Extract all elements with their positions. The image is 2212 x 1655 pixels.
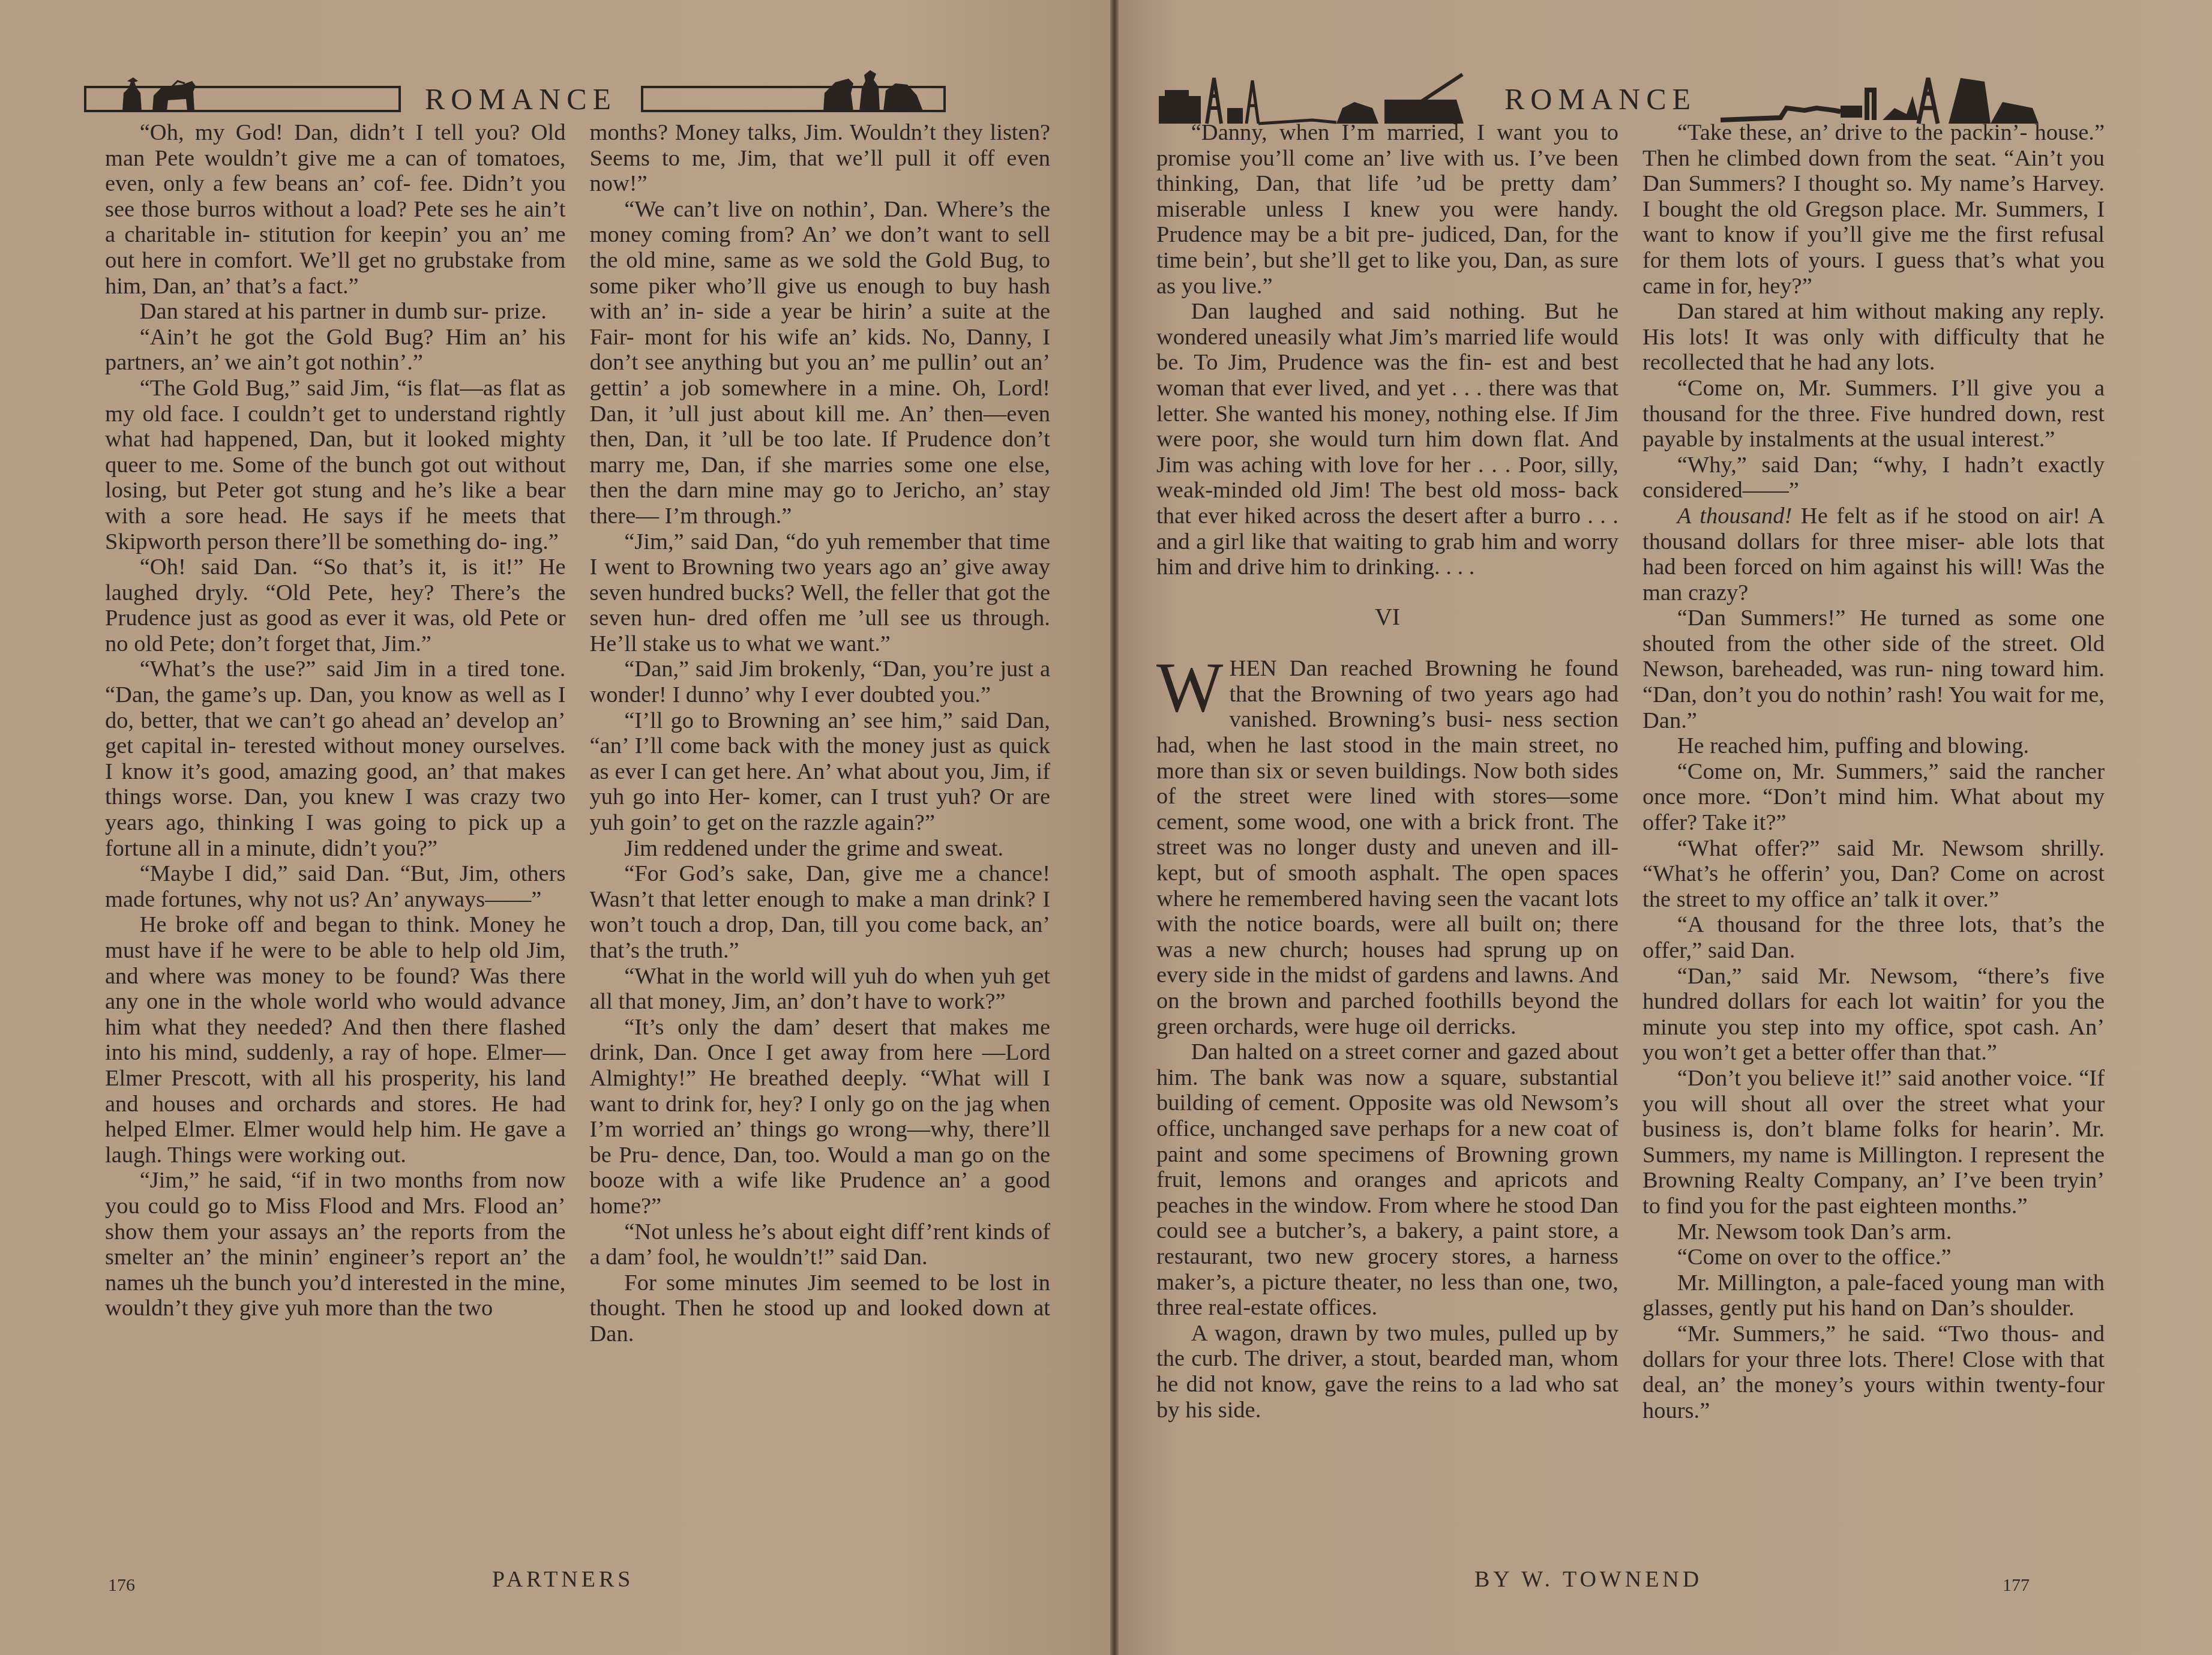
right-page-header: ROMANCE	[1156, 72, 2093, 126]
left-page-header: ROMANCE	[84, 72, 1044, 126]
paragraph-continuation: months? Money talks, Jim. Wouldn’t they …	[590, 120, 1051, 197]
paragraph: “Dan Summers!” He turned as some one sho…	[1642, 605, 2105, 733]
left-column-2: months? Money talks, Jim. Wouldn’t they …	[590, 120, 1051, 1347]
paragraph: “Don’t you believe it!” said another voi…	[1642, 1066, 2105, 1219]
right-column-2: “Take these, an’ drive to the packin’- h…	[1642, 120, 2105, 1423]
left-page: ROMANCE “Oh, my God! Dan, didn’t I tell …	[0, 0, 1114, 1655]
paragraph: “We can’t live on nothin’, Dan. Where’s …	[590, 197, 1051, 529]
paragraph: “It’s only the dam’ desert that makes me…	[590, 1015, 1051, 1219]
paragraph: “Jim,” said Dan, “do yuh remember that t…	[590, 529, 1051, 657]
dropcap-paragraph-text: HEN Dan reached Browning he found that t…	[1156, 656, 1618, 1039]
paragraph: A wagon, drawn by two mules, pulled up b…	[1156, 1321, 1618, 1423]
paragraph: “For God’s sake, Dan, give me a chance! …	[590, 861, 1051, 963]
right-page-columns: “Danny, when I’m married, I want you to …	[1156, 120, 2105, 1423]
section-number: VI	[1156, 604, 1618, 630]
paragraph: For some minutes Jim seemed to be lost i…	[590, 1270, 1051, 1347]
paragraph: He broke off and began to think. Money h…	[105, 912, 566, 1168]
paragraph: “Danny, when I’m married, I want you to …	[1156, 120, 1618, 299]
dropcap-paragraph: WHEN Dan reached Browning he found that …	[1156, 656, 1618, 1039]
paragraph: “What offer?” said Mr. Newsom shrilly. “…	[1642, 836, 2105, 913]
paragraph: Dan halted on a street corner and gazed …	[1156, 1039, 1618, 1321]
italic-emphasis: A thousand!	[1677, 503, 1792, 529]
paragraph: “Mr. Summers,” he said. “Two thous- and …	[1642, 1321, 2105, 1423]
left-page-columns: “Oh, my God! Dan, didn’t I tell you? Old…	[105, 120, 1050, 1347]
paragraph: “Dan,” said Jim brokenly, “Dan, you’re j…	[590, 656, 1051, 707]
story-title: PARTNERS	[492, 1566, 634, 1593]
paragraph: Mr. Newsom took Dan’s arm.	[1642, 1219, 2105, 1245]
paragraph: “Why,” said Dan; “why, I hadn’t exactly …	[1642, 452, 2105, 503]
paragraph: “Oh! said Dan. “So that’s it, is it!” He…	[105, 554, 566, 656]
page-number: 177	[2003, 1575, 2030, 1596]
paragraph: “A thousand for the three lots, that’s t…	[1642, 912, 2105, 963]
paragraph: “Take these, an’ drive to the packin’- h…	[1642, 120, 2105, 299]
paragraph: “Come on, Mr. Summers,” said the rancher…	[1642, 759, 2105, 836]
running-head: ROMANCE	[1480, 82, 1721, 116]
paragraph: “Dan,” said Mr. Newsom, “there’s five hu…	[1642, 964, 2105, 1066]
mining-town-derricks-icon	[1156, 72, 1480, 126]
dropcap-letter: W	[1156, 661, 1223, 715]
magazine-spread: ROMANCE “Oh, my God! Dan, didn’t I tell …	[0, 0, 2212, 1655]
right-column-1: “Danny, when I’m married, I want you to …	[1156, 120, 1618, 1423]
mining-town-skyline-icon	[1721, 72, 2045, 126]
paragraph: “Not unless he’s about eight diff’rent k…	[590, 1219, 1051, 1270]
book-gutter	[1110, 0, 1119, 1655]
paragraph: A thousand! He felt as if he stood on ai…	[1642, 503, 2105, 605]
author-byline: BY W. TOWNEND	[1474, 1566, 1703, 1593]
paragraph: “What’s the use?” said Jim in a tired to…	[105, 656, 566, 861]
paragraph: Dan laughed and said nothing. But he won…	[1156, 299, 1618, 580]
man-with-horses-icon	[817, 69, 949, 111]
header-frame-left	[84, 86, 401, 112]
right-page: ROMANCE “Danny, when I’m married, I want…	[1114, 0, 2212, 1655]
paragraph: “What in the world will yuh do when yuh …	[590, 964, 1051, 1015]
paragraph: Dan stared at his partner in dumb sur- p…	[105, 299, 566, 325]
paragraph: “Ain’t he got the Gold Bug? Him an’ his …	[105, 325, 566, 376]
paragraph: Jim reddened under the grime and sweat.	[590, 836, 1051, 862]
paragraph: “I’ll go to Browning an’ see him,” said …	[590, 708, 1051, 836]
paragraph: “Oh, my God! Dan, didn’t I tell you? Old…	[105, 120, 566, 299]
paragraph: “Come on, Mr. Summers. I’ll give you a t…	[1642, 376, 2105, 452]
paragraph: “Maybe I did,” said Dan. “But, Jim, othe…	[105, 861, 566, 912]
prospector-with-burros-icon	[110, 75, 242, 111]
paragraph: “Jim,” he said, “if in two months from n…	[105, 1168, 566, 1321]
paragraph: Dan stared at him without making any rep…	[1642, 299, 2105, 376]
left-column-1: “Oh, my God! Dan, didn’t I tell you? Old…	[105, 120, 566, 1347]
paragraph: “The Gold Bug,” said Jim, “is flat—as fl…	[105, 376, 566, 554]
paragraph: He reached him, puffing and blowing.	[1642, 733, 2105, 759]
page-number: 176	[108, 1575, 135, 1596]
paragraph: “Come on over to the office.”	[1642, 1245, 2105, 1270]
running-head: ROMANCE	[401, 82, 641, 116]
paragraph: Mr. Millington, a pale-faced young man w…	[1642, 1270, 2105, 1321]
header-frame-right	[641, 86, 946, 112]
